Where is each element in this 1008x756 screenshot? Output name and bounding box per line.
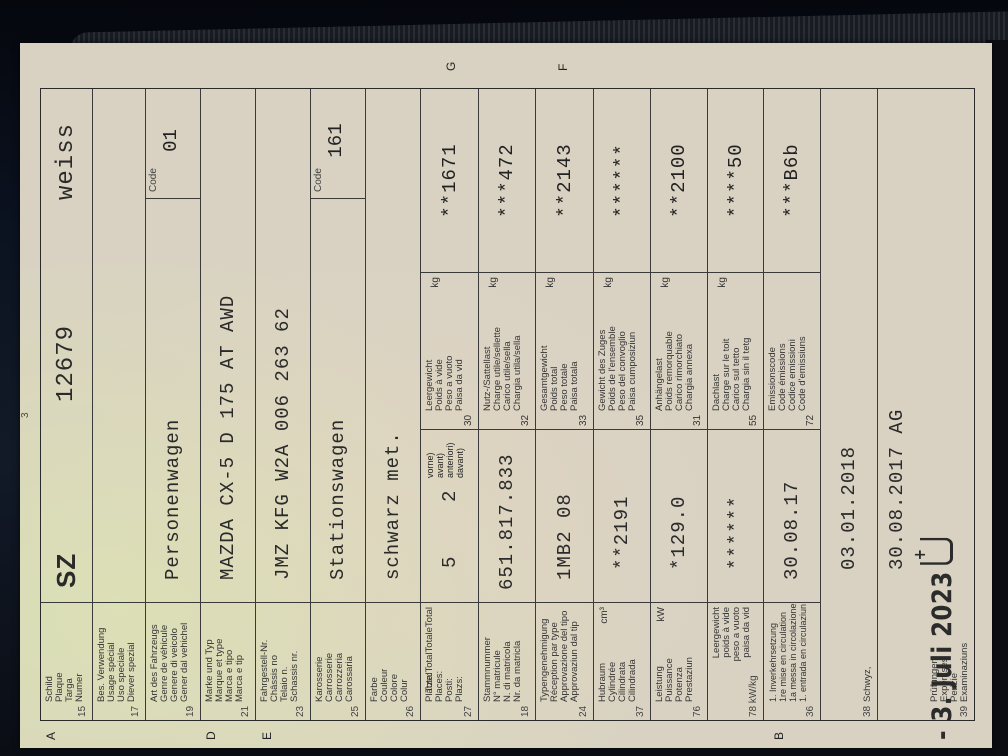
margin-letter-b: B — [772, 732, 786, 740]
row-color: FarbeCouleurColoreColur 26 schwarz met. — [366, 89, 421, 720]
inspection-stamp: - 3. Juli 2023 — [920, 537, 958, 740]
row-displacement: HubraumCylindréeCilindrataCilindrada cm³… — [594, 89, 651, 720]
row-vehicle-kind: Art des FahrzeugsGenre de véhiculeGenere… — [146, 89, 201, 720]
label-seats: Plätze:Places:Posti:Plazs: TotalTotalTot… — [421, 602, 478, 720]
inspection-date-value: 30.08.2017 AG — [882, 409, 912, 570]
seats-front-value: 2 — [421, 490, 478, 502]
row-power: LeistungPuissancePotenzaPrestaziun kW 76… — [651, 89, 708, 720]
stamp-bag-icon — [920, 537, 953, 564]
label-emission-code: EmissionscodeCode émissionsCodice emissi… — [764, 272, 820, 430]
matriculation-value: 651.817.833 — [479, 454, 535, 590]
label-chassis-number: Fahrgestell-Nr.Châssis noTelaio n.Schass… — [256, 602, 310, 720]
row-body: KarosserieCarrosserieCarrozzeriaCarossar… — [311, 89, 366, 720]
make-model-value: MAZDA CX-5 D 175 AT AWD — [201, 295, 255, 580]
label-vehicle-kind: Art des FahrzeugsGenre de véhiculeGenere… — [146, 602, 200, 720]
label-displacement: HubraumCylindréeCilindrataCilindrada cm³… — [594, 602, 650, 720]
vehicle-kind-code: Code 01 — [146, 89, 200, 199]
power-weight-value: ****** — [708, 496, 763, 570]
plate-number: 12679 — [41, 325, 92, 402]
vehicle-registration-document: 3 A D E B G F SchildPlaqueTargaNumer 15 … — [20, 43, 992, 748]
row-type-approval: TypengenehmigungRéception par typeApprov… — [536, 89, 594, 720]
label-body: KarosserieCarrosserieCarrozzeriaCarossar… — [311, 602, 365, 720]
row-matriculation: StammnummerN° matriculeN. di matricolaNr… — [479, 89, 536, 720]
body-value: Stationswagen — [311, 419, 365, 580]
row-power-weight: Leergewichtpoids à videpeso a vuotopaisa… — [708, 89, 764, 720]
row-issue-place-date: Schwyz, 38 03.01.2018 — [821, 89, 878, 720]
canton-code: SZ — [41, 553, 92, 588]
label-type-approval: TypengenehmigungRéception par typeApprov… — [536, 602, 593, 720]
margin-letter-f: F — [556, 64, 570, 71]
registration-grid: SchildPlaqueTargaNumer 15 SZ 12679 weiss… — [40, 88, 975, 721]
label-make-model: Marke und TypMarque et typeMarca e tipoM… — [201, 602, 255, 720]
trailer-load-value: **2100 — [651, 89, 707, 272]
roof-load-value: ****50 — [708, 89, 763, 272]
label-first-registration: 1. Inverkehrsetzung1re mise en circulati… — [764, 602, 820, 720]
label-matriculation: StammnummerN° matriculeN. di matricolaNr… — [479, 602, 535, 720]
label-issue-place: Schwyz, 38 — [821, 602, 877, 720]
combination-weight-value: ****** — [594, 89, 650, 272]
type-approval-value: 1MB2 08 — [536, 493, 593, 580]
color-value: schwarz met. — [366, 431, 420, 580]
emission-code-value: ***B6b — [764, 89, 820, 272]
body-code: Code 161 — [311, 89, 365, 199]
power-value: *129.0 — [651, 496, 707, 570]
label-total-weight: GesamtgewichtPoids totalPeso totalePaisa… — [536, 272, 593, 430]
row-first-registration: 1. Inverkehrsetzung1re mise en circulati… — [764, 89, 821, 720]
payload-value: ***472 — [479, 89, 535, 272]
row-make-model: Marke und TypMarque et typeMarca e tipoM… — [201, 89, 256, 720]
label-trailer-load: AnhängelastPoids remorquableCarico rimor… — [651, 272, 707, 430]
issue-date-value: 03.01.2018 — [821, 446, 877, 570]
total-weight-value: **2143 — [536, 89, 593, 272]
label-combination-weight: Gewicht des ZugesPoids de l'ensemblePeso… — [594, 272, 650, 430]
displacement-value: **2191 — [594, 496, 650, 570]
label-roof-load: DachlastCharge sur le toitCarico sul tet… — [708, 272, 763, 430]
label-power: LeistungPuissancePotenzaPrestaziun kW 76 — [651, 602, 707, 720]
row-chassis-number: Fahrgestell-Nr.Châssis noTelaio n.Schass… — [256, 89, 311, 720]
seats-front-label: vorne)avant)anteriori)davant) — [425, 442, 465, 478]
label-empty-weight: LeergewichtPoids à videPeso a vuotoPaisa… — [421, 272, 478, 430]
margin-letter-d: D — [204, 731, 218, 740]
plate-color: weiss — [41, 123, 92, 200]
label-special-use: Bes. VerwendungUsage spécialUso speciale… — [93, 602, 145, 720]
margin-letter-a: A — [44, 732, 58, 740]
label-color: FarbeCouleurColoreColur 26 — [366, 602, 420, 720]
empty-weight-value: **1671 — [421, 89, 478, 272]
chassis-number-value: JMZ KFG W2A 006 263 62 — [256, 307, 310, 580]
row-plate: SchildPlaqueTargaNumer 15 SZ 12679 weiss — [41, 89, 93, 720]
label-power-weight: Leergewichtpoids à videpeso a vuotopaisa… — [708, 602, 763, 720]
label-payload: Nutz-/SattellastCharge utile/selletteCar… — [479, 272, 535, 430]
seats-total-value: 5 — [421, 556, 478, 568]
vehicle-kind-value: Personenwagen — [146, 419, 200, 580]
row-special-use: Bes. VerwendungUsage spécialUso speciale… — [93, 89, 146, 720]
page-number: 3 — [20, 412, 31, 418]
margin-letter-e: E — [260, 732, 274, 740]
label-seats-total: TotalTotalTotaleTotal — [425, 607, 435, 693]
row-seats: Plätze:Places:Posti:Plazs: TotalTotalTot… — [421, 89, 479, 720]
first-registration-value: 30.08.17 — [764, 481, 820, 580]
label-plate: SchildPlaqueTargaNumer 15 — [41, 602, 92, 720]
margin-letter-g: G — [444, 62, 458, 71]
